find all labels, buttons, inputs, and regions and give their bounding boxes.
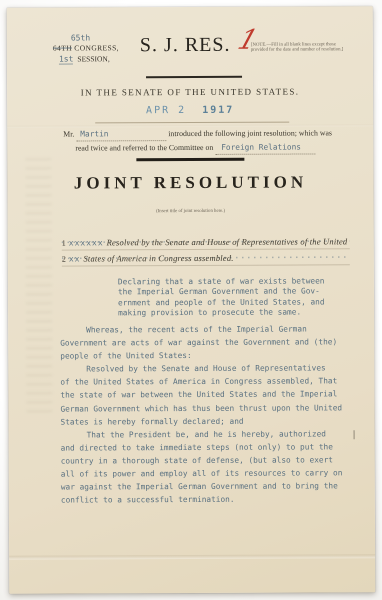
date-blank-line <box>95 122 289 124</box>
clause-text: States of America in Congress assembled. <box>83 253 233 264</box>
text-line: That the President be, and he is hereby,… <box>61 427 343 441</box>
text-line: States is hereby formally declared; and <box>61 414 343 428</box>
clause-text: Resolved by the Senate and House of Repr… <box>107 236 348 247</box>
stamp-year: 1917 <box>202 105 234 116</box>
sponsor-prefix: Mr. <box>63 130 74 139</box>
text-line: all of its power and employ all of its r… <box>61 466 343 480</box>
paragraph-resolved: Resolved by the Senate and House of Repr… <box>60 362 342 429</box>
introduction-line-1: Mr. Martin introduced the following join… <box>63 126 343 141</box>
clause-line-2: 2xxStates of America in Congress assembl… <box>62 249 350 266</box>
paragraph-president: That the President be, and he is hereby,… <box>61 427 343 507</box>
typed-resolution-title: Declaring that a state of war exists bet… <box>118 276 348 319</box>
introduction-block: Mr. Martin introduced the following join… <box>63 126 343 155</box>
sponsor-name-typed: Martin <box>76 127 166 141</box>
session-label: SESSION, <box>77 54 109 63</box>
title-instruction-note: (Insert title of joint resolution here.) <box>8 208 374 215</box>
line-number: 1 <box>62 239 66 248</box>
text-line: German Government which has thus been th… <box>60 401 342 415</box>
form-instruction-note: [NOTE.—Fill in all blank lines except th… <box>251 42 347 53</box>
congress-number-printed: 64TH <box>53 44 72 53</box>
congress-line: 64TH CONGRESS, <box>53 43 119 53</box>
date-received-stamp: APR 2 1917 <box>7 104 373 117</box>
strikeout-x-marks: xxxxxx <box>69 238 104 247</box>
resolving-clause: 1xxxxxxResolved by the Senate and House … <box>62 233 350 266</box>
clause-line-1: 1xxxxxxResolved by the Senate and House … <box>62 233 350 250</box>
resolution-heading: JOINT RESOLUTION <box>7 172 373 194</box>
strikeout-x-marks: xx <box>69 254 81 263</box>
committee-name-typed: Foreign Relations <box>215 140 315 154</box>
text-line: ernment and people of the United States,… <box>118 297 348 308</box>
line-number: 2 <box>62 255 66 264</box>
text-line: people of the United States: <box>60 349 342 363</box>
congress-session-block: 65th 64TH CONGRESS, 1stSESSION, <box>53 33 119 64</box>
text-line: Whereas, the recent acts of the Imperial… <box>60 322 342 336</box>
text-line: Resolved by the Senate and House of Repr… <box>60 362 342 376</box>
paper-crease <box>9 554 375 560</box>
congress-label: CONGRESS, <box>74 43 119 52</box>
title-divider-rule <box>136 158 244 161</box>
referral-text: read twice and referred to the Committee… <box>75 143 213 153</box>
header-divider-rule <box>146 76 242 78</box>
text-line: the Imperial German Government and the G… <box>118 287 348 298</box>
resolution-body: Whereas, the recent acts of the Imperial… <box>60 322 343 507</box>
paragraph-whereas: Whereas, the recent acts of the Imperial… <box>60 322 342 363</box>
text-line: of the United States of America in Congr… <box>60 375 342 389</box>
pencil-mark <box>353 430 355 439</box>
bill-series-label: S. J. RES. <box>140 34 231 57</box>
text-line: conflict to a successful termination. <box>61 493 343 507</box>
introduction-line-2: read twice and referred to the Committee… <box>63 140 343 155</box>
senate-caption: IN THE SENATE OF THE UNITED STATES. <box>7 86 373 98</box>
session-number-typed: 1st <box>59 55 73 65</box>
document-page: 65th 64TH CONGRESS, 1stSESSION, S. J. RE… <box>7 6 376 594</box>
text-line: war against the Imperial German Governme… <box>61 479 343 493</box>
stamp-month-day: APR 2 <box>146 105 186 116</box>
text-line: Government are acts of war against the G… <box>60 335 342 349</box>
congress-number-typed: 65th <box>71 33 119 43</box>
text-line: and directed to take immediate steps (no… <box>61 440 343 454</box>
introduction-text: introduced the following joint resolutio… <box>168 128 332 138</box>
session-line: 1stSESSION, <box>59 54 119 64</box>
text-line: country in a thorough state of defense, … <box>61 453 343 467</box>
text-line: the state of war between the United Stat… <box>60 388 342 402</box>
text-line: making provision to prosecute the same. <box>118 308 348 319</box>
